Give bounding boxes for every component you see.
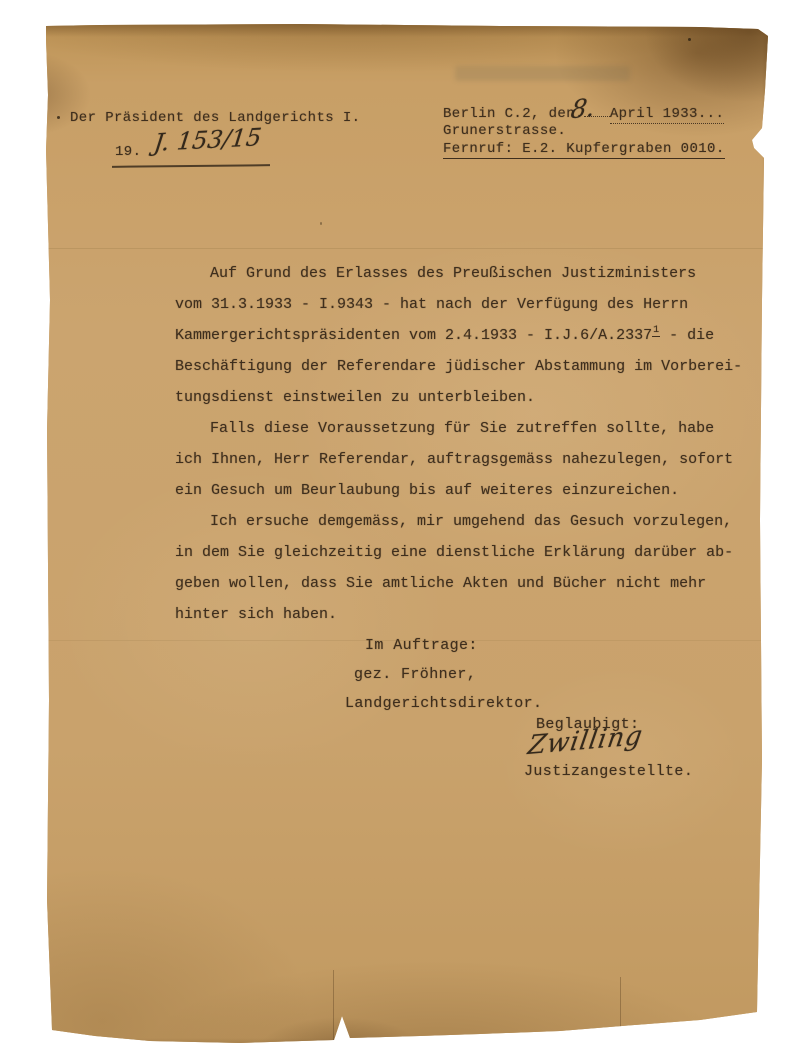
horizontal-fold-crease xyxy=(28,248,772,249)
body-line-pre: Kammergerichtspräsidenten vom 2.4.1933 -… xyxy=(175,327,652,344)
faded-stamp-mark xyxy=(455,66,630,81)
body-line: Ich ersuche demgemäss, mir umgehend das … xyxy=(175,506,760,537)
signature-role-line: Justizangestellte. xyxy=(524,763,693,780)
body-line: Falls diese Voraussetzung für Sie zutref… xyxy=(175,413,760,444)
reference-number-typed: 19. xyxy=(115,144,141,160)
body-line: tungsdienst einstweilen zu unterbleiben. xyxy=(175,382,760,413)
body-line-with-footnote: Kammergerichtspräsidenten vom 2.4.1933 -… xyxy=(175,320,760,351)
date-day-handwritten: 8. xyxy=(569,92,597,124)
vertical-crease xyxy=(620,977,621,1035)
body-line: ich Ihnen, Herr Referendar, auftragsgemä… xyxy=(175,444,760,475)
body-line-post: - die xyxy=(660,327,714,344)
ink-speck xyxy=(320,222,322,225)
reference-number-handwritten: J. 153/15 xyxy=(152,123,263,157)
date-prefix: Berlin C.2, den. xyxy=(443,106,584,122)
aged-paper-sheet: Der Präsident des Landgerichts I. 19. J.… xyxy=(28,22,772,1052)
address-line: Grunerstrasse. xyxy=(443,123,566,139)
body-line: ein Gesuch um Beurlaubung bis auf weiter… xyxy=(175,475,760,506)
vertical-crease xyxy=(333,970,334,1040)
body-line: hinter sich haben. xyxy=(175,599,760,630)
gez-name-line: gez. Fröhner, xyxy=(354,666,476,683)
letter-body: Auf Grund des Erlasses des Preußischen J… xyxy=(175,258,760,630)
date-rest: April 1933... xyxy=(610,106,724,124)
sender-line: Der Präsident des Landgerichts I. xyxy=(70,110,360,126)
horizontal-fold-crease xyxy=(28,640,772,641)
phone-line-wrap: Fernruf: E.2. Kupfergraben 0010. xyxy=(443,141,725,157)
body-line: Beschäftigung der Referendare jüdischer … xyxy=(175,351,760,382)
ink-speck xyxy=(688,38,691,41)
body-line: vom 31.3.1933 - I.9343 - hat nach der Ve… xyxy=(175,289,760,320)
body-line: Auf Grund des Erlasses des Preußischen J… xyxy=(175,258,760,289)
body-line: in dem Sie gleichzeitig eine dienstliche… xyxy=(175,537,760,568)
sender-title-line: Landgerichtsdirektor. xyxy=(345,695,542,712)
ink-speck xyxy=(57,116,60,119)
footnote-superscript: 1 xyxy=(652,325,660,337)
reference-underline xyxy=(112,164,270,168)
scanned-letter-page: Der Präsident des Landgerichts I. 19. J.… xyxy=(0,0,800,1063)
body-line: geben wollen, dass Sie amtliche Akten un… xyxy=(175,568,760,599)
phone-line: Fernruf: E.2. Kupfergraben 0010. xyxy=(443,141,725,159)
